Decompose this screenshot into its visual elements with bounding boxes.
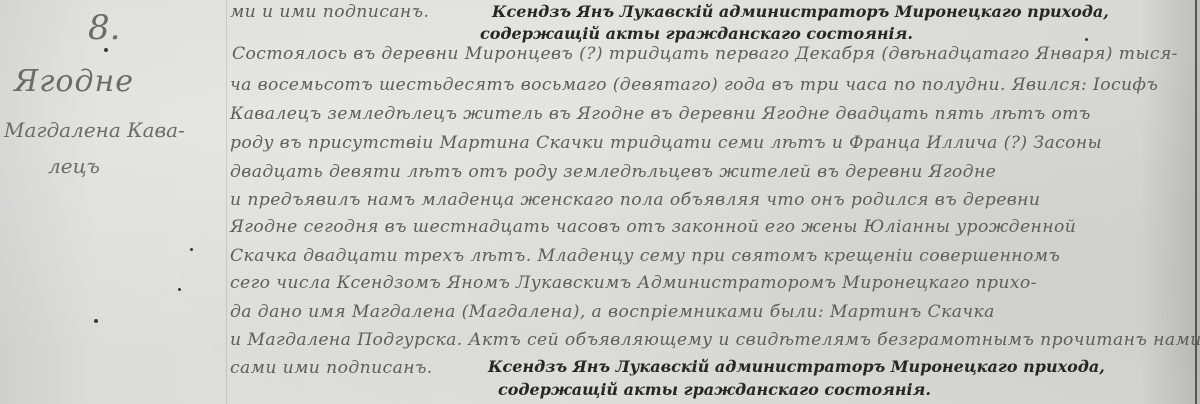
- margin-child-name: Магдалена Кава-: [4, 118, 185, 142]
- margin-rule: [226, 0, 227, 404]
- record-signature-title: содержащій акты гражданскаго состоянія.: [498, 380, 931, 399]
- record-line: Ягодне сегодня въ шестнадцать часовъ отъ…: [230, 217, 1076, 237]
- record-line: роду въ присутствіи Мартина Скачки тридц…: [230, 133, 1102, 153]
- record-line: Кавалецъ земледѣлецъ житель въ Ягодне въ…: [230, 104, 1091, 124]
- record-line: и предъявилъ намъ младенца женскаго пола…: [230, 190, 1040, 210]
- record-line: да дано имя Магдалена (Магдалена), а вос…: [230, 302, 995, 322]
- record-number: 8.: [88, 8, 120, 48]
- record-margin: 8. Ягодне Магдалена Кава- лецъ: [0, 0, 226, 404]
- margin-child-surname-end: лецъ: [48, 154, 100, 178]
- record-line: ча восемьсотъ шестьдесятъ восьмаго (девя…: [230, 75, 1158, 95]
- record-line: Скачка двадцати трехъ лѣтъ. Младенцу сем…: [230, 246, 1060, 266]
- previous-record-signature-title: содержащій акты гражданскаго состоянія.: [480, 24, 913, 43]
- record-signature: Ксендзъ Янъ Лукавскій администраторъ Мир…: [488, 357, 1105, 376]
- margin-village: Ягодне: [14, 64, 134, 99]
- previous-record-signature: Ксендзъ Янъ Лукавскій администраторъ Мир…: [492, 2, 1109, 21]
- record-line: сего числа Ксендзомъ Яномъ Лукавскимъ Ад…: [230, 273, 1037, 293]
- record-line: и Магдалена Подгурска. Актъ сей объявляю…: [230, 330, 1200, 350]
- record-line: двадцать девяти лѣтъ отъ роду земледѣльц…: [230, 162, 996, 182]
- record-line: сами ими подписанъ.: [230, 358, 433, 378]
- previous-record-last-line: ми и ими подписанъ.: [230, 2, 429, 22]
- record-line: Состоялось въ деревни Миронцевъ (?) трид…: [232, 44, 1178, 64]
- ink-speck: [1085, 38, 1088, 41]
